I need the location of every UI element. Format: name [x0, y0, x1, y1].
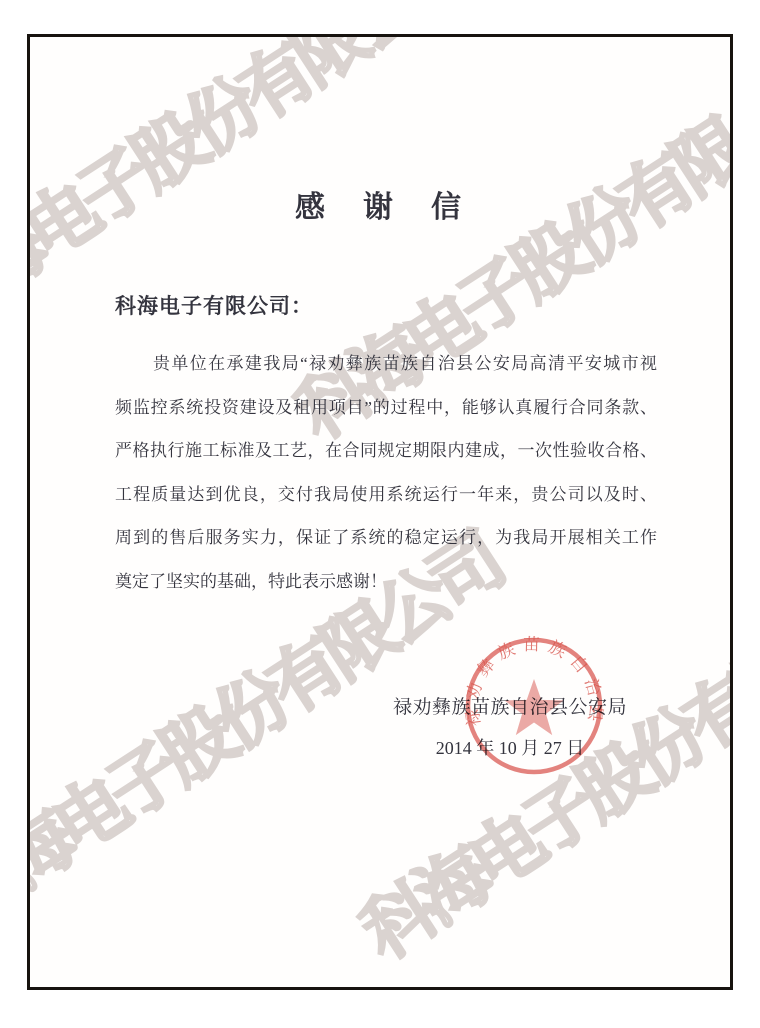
body-line: 贵单位在承建我局“禄劝彝族苗族自治县公安局高清平安城市视	[115, 342, 657, 386]
watermark-band: 科海电子股份有限公司	[349, 560, 733, 972]
body-line: 奠定了坚实的基础，特此表示感谢！	[115, 560, 657, 604]
body-line: 工程质量达到优良，交付我局使用系统运行一年来，贵公司以及时、	[115, 473, 657, 517]
letter-title: 感 谢 信	[30, 182, 730, 226]
body-line: 周到的售后服务实力，保证了系统的稳定运行，为我局开展相关工作	[115, 516, 657, 560]
scanned-letter-page: 科海电子股份有限公司 科海电子股份有限公司 科海电子股份有限公司 科海电子股份有…	[27, 34, 733, 990]
body-line: 频监控系统投资建设及租用项目”的过程中，能够认真履行合同条款、	[115, 386, 657, 430]
body-line: 严格执行施工标准及工艺，在合同规定期限内建成，一次性验收合格、	[115, 429, 657, 473]
letter-salutation: 科海电子有限公司：	[115, 290, 313, 320]
letter-body: 贵单位在承建我局“禄劝彝族苗族自治县公安局高清平安城市视 频监控系统投资建设及租…	[115, 342, 657, 603]
letter-signature: 禄劝彝族苗族自治县公安局	[310, 692, 710, 719]
letter-date: 2014 年 10 月 27 日	[310, 734, 710, 760]
